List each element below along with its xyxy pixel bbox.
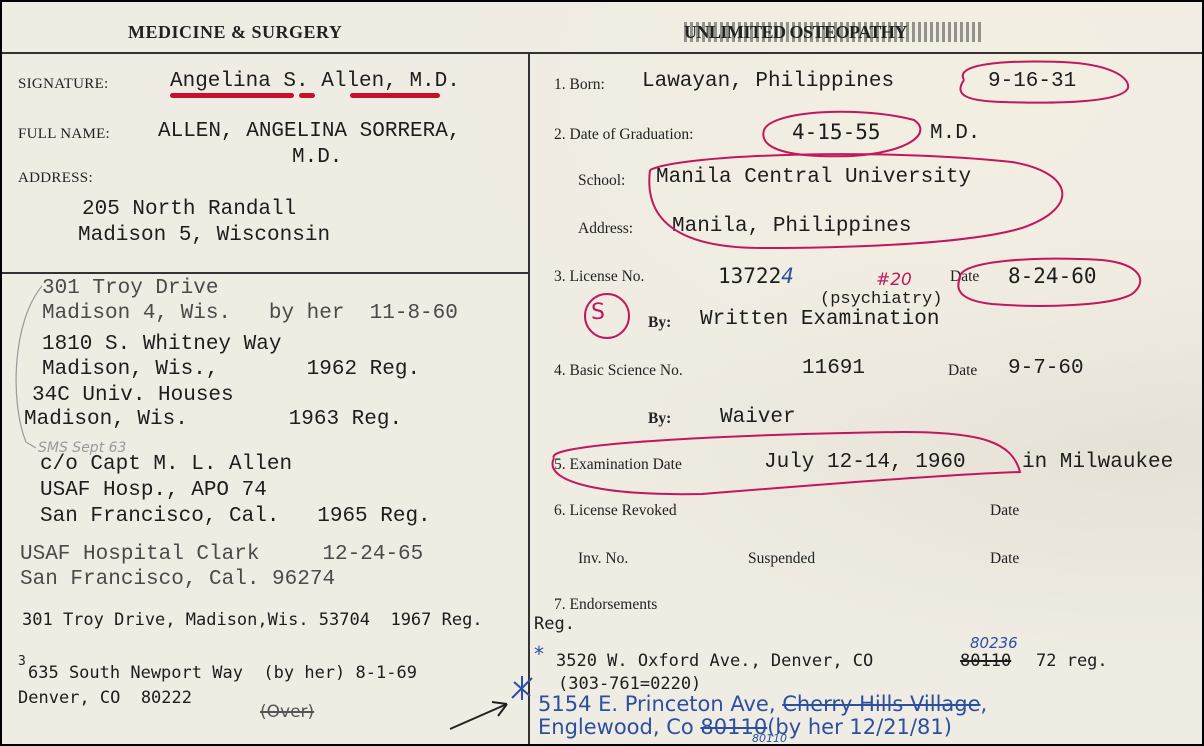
- header-divider: [2, 52, 1202, 54]
- history-line: San Francisco, Cal. 96274: [20, 568, 335, 591]
- history-line: 301 Troy Drive, Madison,Wis. 53704 1967 …: [22, 610, 483, 630]
- full-name-suffix: M.D.: [292, 146, 342, 169]
- history-line: San Francisco, Cal. 1965 Reg.: [40, 505, 431, 528]
- school-label: School:: [578, 172, 625, 190]
- exam-date-value: July 12-14, 1960: [764, 451, 966, 474]
- license-by-value: Written Examination: [700, 308, 939, 331]
- full-name-label: FULL NAME:: [18, 126, 110, 143]
- typed-strikeout: [684, 22, 982, 42]
- basic-science-date: 9-7-60: [1008, 357, 1084, 380]
- license-number-blue-digit: 4: [781, 264, 794, 288]
- history-line: Madison 4, Wis. by her 11-8-60: [42, 302, 458, 325]
- cherry-hills-struck: Cherry Hills Village: [782, 692, 980, 716]
- circled-s-mark: S: [591, 300, 605, 325]
- signature-underline: [170, 93, 294, 98]
- asterisk-mark: *: [534, 642, 544, 666]
- section-title-medicine-surgery: MEDICINE & SURGERY: [128, 22, 342, 43]
- basic-science-label: 4. Basic Science No.: [554, 362, 683, 380]
- basic-by-label: By:: [648, 410, 671, 428]
- superscript-3: 3: [18, 654, 26, 669]
- arrow-icon: [450, 702, 507, 729]
- history-line: 301 Troy Drive: [42, 277, 218, 300]
- denver-zip-old: 80110: [960, 651, 1011, 671]
- history-line: 1810 S. Whitney Way: [42, 333, 281, 356]
- license-by-label: By:: [648, 314, 671, 332]
- history-line: Denver, CO 80222: [18, 688, 192, 708]
- signature-underline: [350, 93, 440, 98]
- column-divider: [528, 52, 530, 744]
- history-line: Madison, Wis. 1963 Reg.: [24, 408, 402, 431]
- born-date: 9-16-31: [988, 70, 1076, 93]
- signature-value: Angelina S. Allen, M.D.: [170, 70, 460, 93]
- basic-by-value: Waiver: [720, 406, 796, 429]
- address-line-2: Madison 5, Wisconsin: [78, 224, 330, 247]
- school-address-value: Manila, Philippines: [672, 215, 911, 238]
- license-specialty: (psychiatry): [820, 290, 942, 309]
- endorse-reg: Reg.: [534, 614, 575, 634]
- inv-no-label: Inv. No.: [578, 550, 628, 568]
- license-label: 3. License No.: [554, 268, 644, 286]
- history-line: USAF Hosp., APO 74: [40, 479, 267, 502]
- endorsements-label: 7. Endorsements: [554, 596, 657, 614]
- basic-science-date-label: Date: [948, 362, 977, 380]
- signature-underline: [299, 93, 315, 98]
- princeton-address: 5154 E. Princeton Ave,: [538, 692, 776, 716]
- history-line: 34C Univ. Houses: [32, 384, 234, 407]
- exam-date-label: 5. Examination Date: [554, 456, 682, 474]
- by-her-date: (by her 12/21/81): [767, 715, 952, 739]
- license-number: 137224: [718, 264, 794, 288]
- born-label: 1. Born:: [554, 76, 605, 94]
- address-line-1: 205 North Randall: [82, 198, 296, 221]
- school-address-label: Address:: [578, 220, 633, 238]
- englewood: Englewood, Co: [538, 715, 694, 739]
- history-line: Madison, Wis., 1962 Reg.: [42, 358, 420, 381]
- denver-zip-new: 80236: [970, 634, 1018, 652]
- signature-label: SIGNATURE:: [18, 76, 109, 93]
- full-name-value: ALLEN, ANGELINA SORRERA,: [158, 120, 460, 143]
- zip-correction: 80110: [752, 732, 787, 745]
- license-red-note: #20: [876, 270, 912, 290]
- history-line: USAF Hospital Clark 12-24-65: [20, 543, 423, 566]
- basic-science-number: 11691: [802, 357, 865, 380]
- revoked-date-label: Date: [990, 502, 1019, 520]
- born-place: Lawayan, Philippines: [642, 70, 894, 93]
- history-line: c/o Capt M. L. Allen: [40, 453, 292, 476]
- graduation-label: 2. Date of Graduation:: [554, 126, 693, 144]
- license-date-label: Date: [950, 268, 979, 286]
- revoked-label: 6. License Revoked: [554, 502, 677, 520]
- over-note-struck: (Over): [260, 702, 314, 722]
- exam-place: in Milwaukee: [1022, 451, 1173, 474]
- license-card: MEDICINE & SURGERY UNLIMITED OSTEOPATHY …: [2, 2, 1202, 744]
- suspended-date-label: Date: [990, 550, 1019, 568]
- school-value: Manila Central University: [656, 166, 971, 189]
- phone-number: (303-761=0220): [558, 674, 701, 694]
- license-number-typed: 13722: [718, 264, 781, 288]
- license-date: 8-24-60: [1008, 264, 1097, 288]
- address-label: ADDRESS:: [18, 170, 93, 187]
- suspended-label: Suspended: [748, 550, 815, 568]
- denver-address: 3520 W. Oxford Ave., Denver, CO: [556, 651, 873, 671]
- handwritten-address-2: Englewood, Co 80110(by her 12/21/81): [538, 715, 952, 739]
- history-line: 635 South Newport Way (by her) 8-1-69: [28, 663, 417, 683]
- graduation-degree: M.D.: [930, 122, 980, 145]
- denver-reg: 72 reg.: [1036, 651, 1108, 671]
- left-section-divider: [2, 272, 528, 274]
- graduation-date: 4-15-55: [792, 120, 881, 144]
- handwritten-address-1: 5154 E. Princeton Ave, Cherry Hills Vill…: [538, 692, 987, 716]
